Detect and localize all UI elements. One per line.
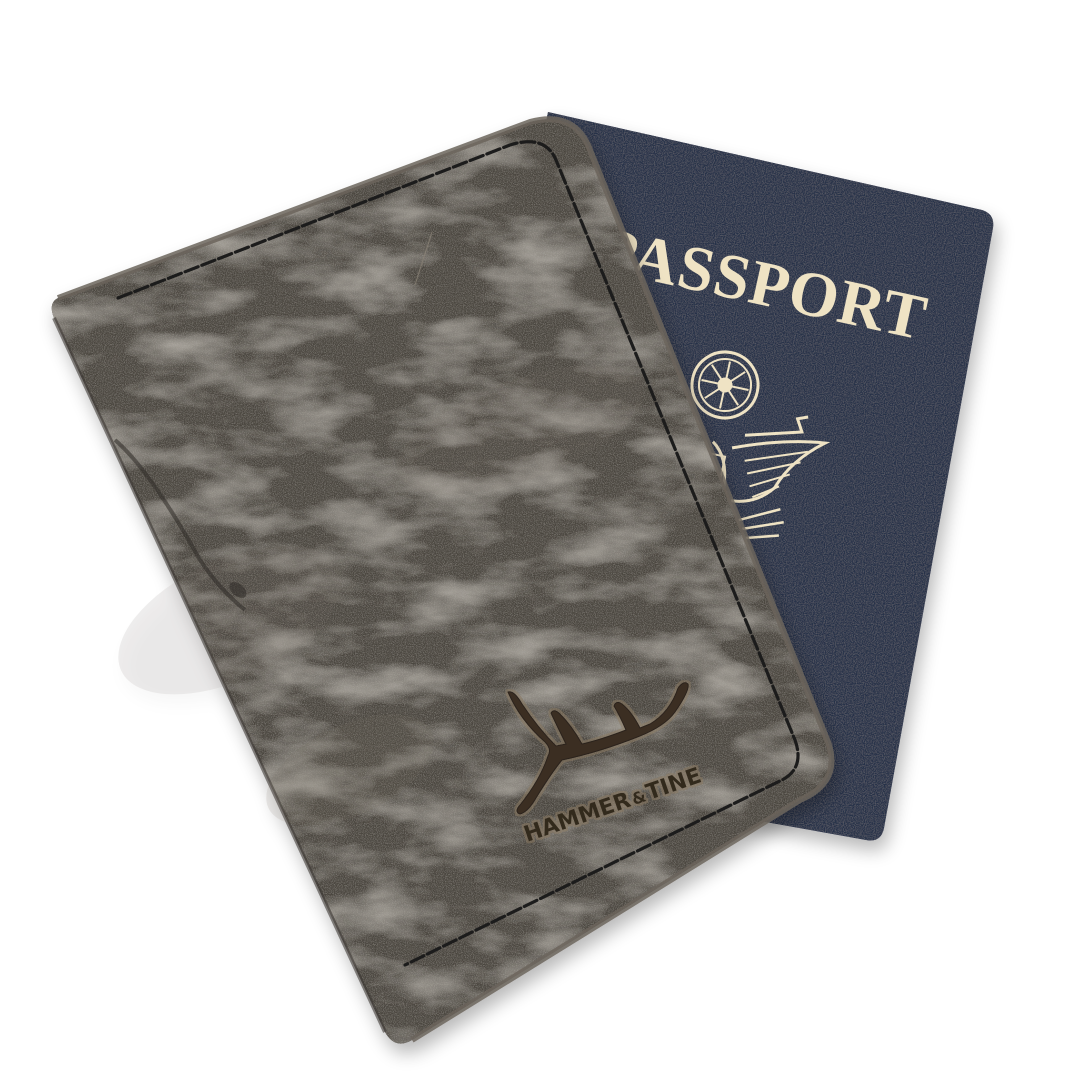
product-photo: PASSPORT [0,0,1080,1080]
